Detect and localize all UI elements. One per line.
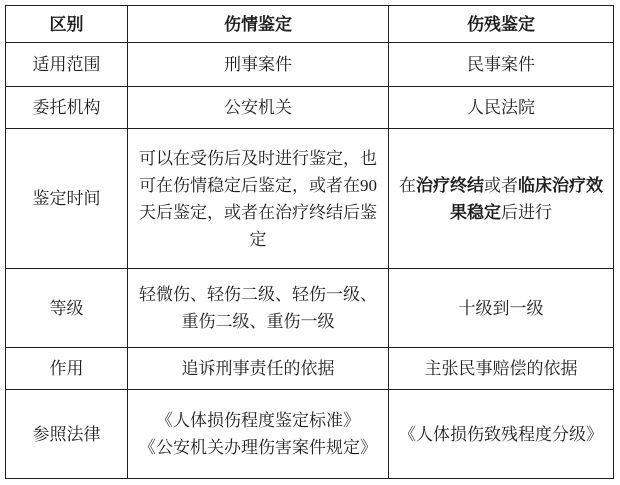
grade-disability-value: 十级到一级 bbox=[389, 269, 614, 348]
row-grade: 等级 轻微伤、轻伤二级、轻伤一级、重伤二级、重伤一级 十级到一级 bbox=[6, 269, 614, 348]
agency-disability-value: 人民法院 bbox=[389, 87, 614, 129]
purpose-label: 作用 bbox=[6, 348, 128, 390]
row-applicable-scope: 适用范围 刑事案件 民事案件 bbox=[6, 43, 614, 87]
time-disability-text-bold1: 治疗终结 bbox=[416, 176, 484, 195]
page: 区别 伤情鉴定 伤残鉴定 适用范围 刑事案件 民事案件 委托机构 公安机关 人民… bbox=[0, 0, 620, 485]
law-injury-line1: 《人体损伤程度鉴定标准》 bbox=[134, 407, 382, 434]
purpose-injury-value: 追诉刑事责任的依据 bbox=[128, 348, 389, 390]
row-purpose: 作用 追诉刑事责任的依据 主张民事赔偿的依据 bbox=[6, 348, 614, 390]
time-disability-text-plain2: 或者 bbox=[484, 176, 518, 195]
grade-injury-value: 轻微伤、轻伤二级、轻伤一级、重伤二级、重伤一级 bbox=[128, 269, 389, 348]
law-disability-value: 《人体损伤致残程度分级》 bbox=[389, 390, 614, 479]
scope-disability-value: 民事案件 bbox=[389, 43, 614, 87]
row-appraisal-time: 鉴定时间 可以在受伤后及时进行鉴定，也可在伤情稳定后鉴定，或者在90 天后鉴定，… bbox=[6, 129, 614, 269]
header-row: 区别 伤情鉴定 伤残鉴定 bbox=[6, 6, 614, 43]
law-injury-line2: 《公安机关办理伤害案件规定》 bbox=[134, 434, 382, 461]
scope-injury-value: 刑事案件 bbox=[128, 43, 389, 87]
row-reference-law: 参照法律 《人体损伤程度鉴定标准》 《公安机关办理伤害案件规定》 《人体损伤致残… bbox=[6, 390, 614, 479]
agency-injury-value: 公安机关 bbox=[128, 87, 389, 129]
time-disability-text-plain3: 后进行 bbox=[501, 203, 552, 222]
time-disability-text-plain1: 在 bbox=[399, 176, 416, 195]
purpose-disability-value: 主张民事赔偿的依据 bbox=[389, 348, 614, 390]
header-cell-distinction: 区别 bbox=[6, 6, 128, 43]
row-entrusting-agency: 委托机构 公安机关 人民法院 bbox=[6, 87, 614, 129]
time-injury-value: 可以在受伤后及时进行鉴定，也可在伤情稳定后鉴定，或者在90 天后鉴定，或者在治疗… bbox=[128, 129, 389, 269]
grade-label: 等级 bbox=[6, 269, 128, 348]
header-cell-disability-appraisal: 伤残鉴定 bbox=[389, 6, 614, 43]
comparison-table: 区别 伤情鉴定 伤残鉴定 适用范围 刑事案件 民事案件 委托机构 公安机关 人民… bbox=[5, 5, 614, 479]
time-label: 鉴定时间 bbox=[6, 129, 128, 269]
header-cell-injury-appraisal: 伤情鉴定 bbox=[128, 6, 389, 43]
agency-label: 委托机构 bbox=[6, 87, 128, 129]
scope-label: 适用范围 bbox=[6, 43, 128, 87]
law-injury-value: 《人体损伤程度鉴定标准》 《公安机关办理伤害案件规定》 bbox=[128, 390, 389, 479]
law-label: 参照法律 bbox=[6, 390, 128, 479]
time-disability-value: 在治疗终结或者临床治疗效果稳定后进行 bbox=[389, 129, 614, 269]
